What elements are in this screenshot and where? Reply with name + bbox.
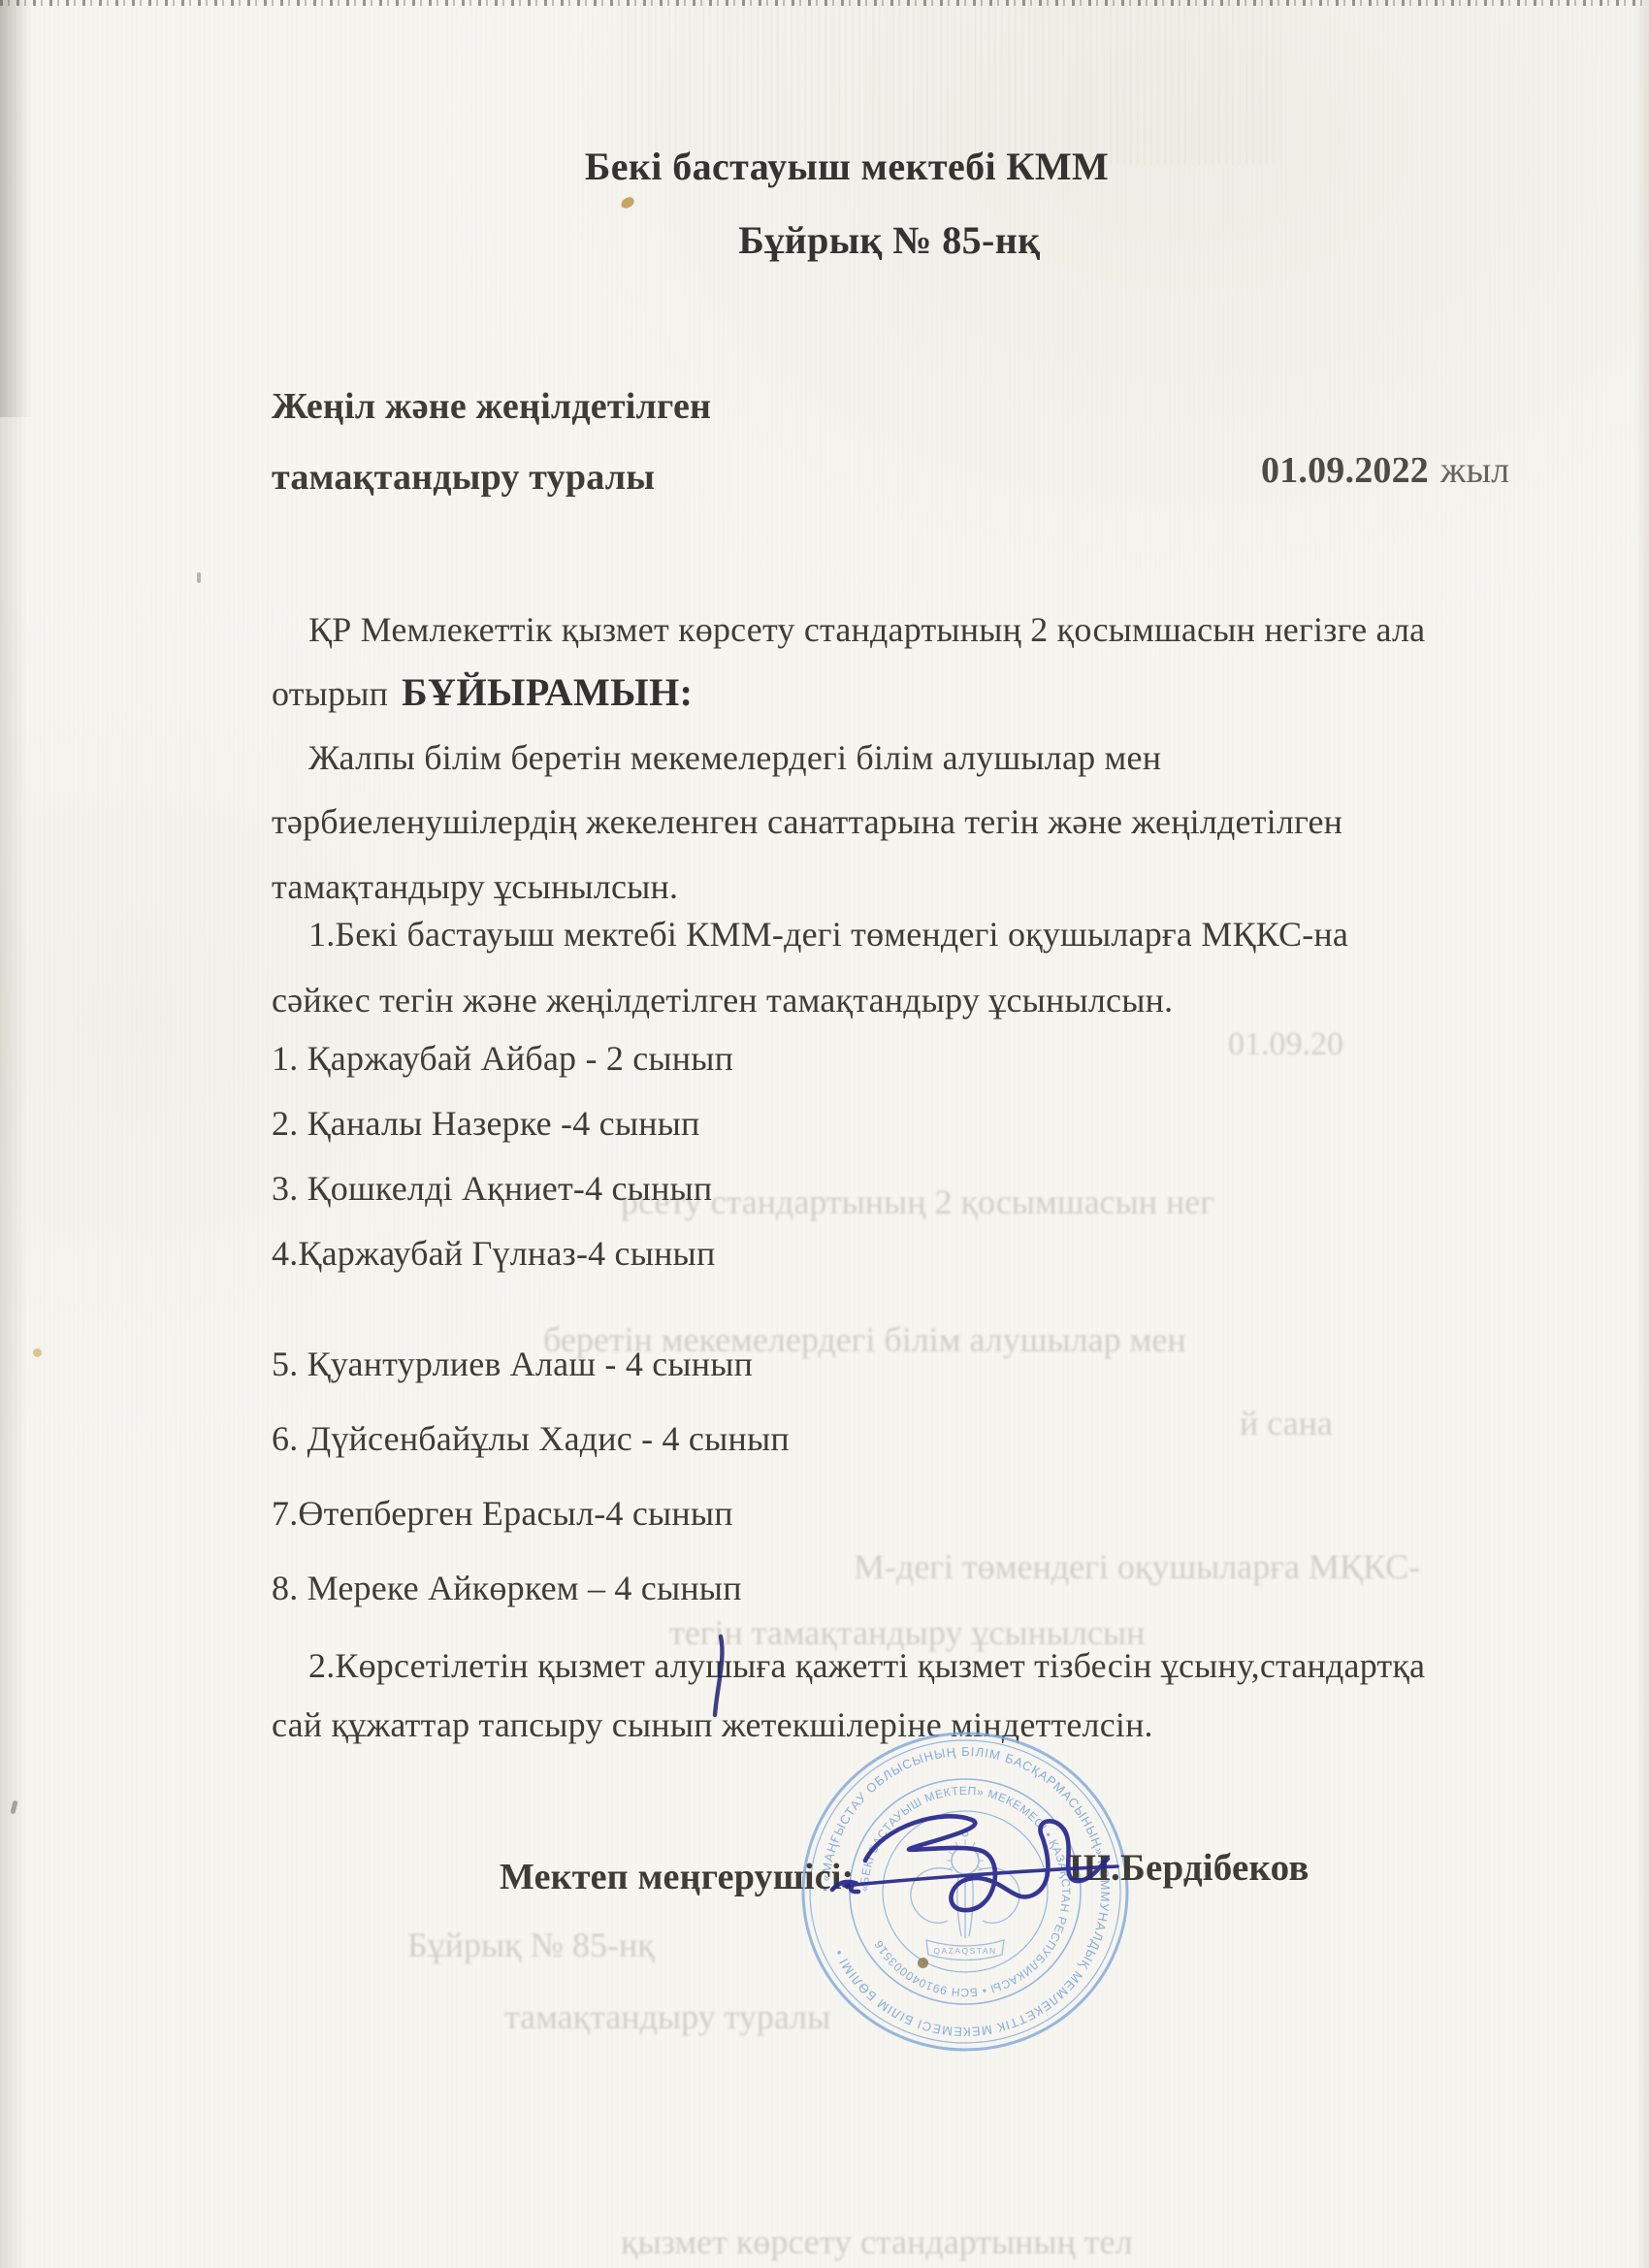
point1-line-2: сәйкес тегін және жеңілдетілген тамақтан…: [272, 980, 1173, 1021]
paper-speck: [33, 1348, 42, 1357]
signature-label: Мектеп меңгерушісі:: [500, 1856, 854, 1898]
scan-artifact-streaks: [621, 0, 1280, 165]
point1-line-1: 1.Бекі бастауыш мектебі КММ-дегі төменде…: [308, 914, 1348, 955]
student-list-item: 7.Өтепберген Ерасыл-4 сынып: [272, 1493, 733, 1534]
student-list-item: 1. Қаржаубай Айбар - 2 сынып: [272, 1038, 733, 1079]
student-list-item: 3. Қошкелді Ақниет-4 сынып: [272, 1168, 712, 1209]
student-list-item: 5. Қуантурлиев Алаш - 4 сынып: [272, 1344, 753, 1384]
signature-ink: [815, 1766, 1135, 1950]
order-command: БҰЙЫРАМЫН:: [402, 670, 693, 714]
scanned-document-page: 01.09.20 рсету стандартының 2 қосымшасын…: [0, 0, 1649, 2268]
preamble-prefix: отырып: [272, 674, 388, 713]
scan-artifact-left-edge: [0, 0, 33, 417]
provision-line-1: Жалпы білім беретін мекемелердегі білім …: [308, 737, 1161, 778]
bleed-through-text: М-дегі төмендегі оқушыларға МҚКС-: [854, 1546, 1420, 1587]
bleed-through-text: Бұйрық № 85-нқ: [407, 1925, 655, 1965]
student-list-item: 8. Мереке Айкөркем – 4 сынып: [272, 1568, 742, 1608]
preamble-line-1: ҚР Мемлекеттік қызмет көрсету стандартын…: [308, 609, 1425, 650]
student-list-item: 4.Қаржаубай Гүлназ-4 сынып: [272, 1233, 715, 1274]
student-list-item: 6. Дүйсенбайұлы Хадис - 4 сынып: [272, 1418, 790, 1459]
pen-mark: [703, 1630, 742, 1722]
bleed-through-text: й сана: [1240, 1403, 1333, 1443]
point2-line-1: 2.Көрсетілетін қызмет алушыға қажетті қы…: [308, 1645, 1425, 1686]
order-title: Бекі бастауыш мектебі КММ: [585, 144, 1109, 189]
paper-speck: [918, 1958, 928, 1968]
bleed-through-text: тамақтандыру туралы: [504, 1996, 830, 2037]
subject-line-2: тамақтандыру туралы: [272, 456, 655, 499]
preamble-line-2: отырыпБҰЙЫРАМЫН:: [272, 669, 694, 715]
order-number: Бұйрық № 85-нқ: [738, 217, 1040, 263]
bleed-through-text: 01.09.20: [1228, 1026, 1343, 1063]
subject-line-1: Жеңіл және жеңілдетілген: [272, 385, 711, 428]
order-date: 01.09.2022жыл: [1261, 449, 1509, 492]
order-date-word: жыл: [1440, 450, 1509, 491]
student-list-item: 2. Қаналы Назерке -4 сынып: [272, 1103, 700, 1144]
paper-speck: [620, 196, 636, 211]
provision-line-2: тәрбиеленушілердің жекеленген санаттарын…: [272, 801, 1342, 842]
order-date-value: 01.09.2022: [1261, 450, 1429, 491]
bleed-through-text: қызмет көрсету стандартының тел: [621, 2221, 1133, 2262]
paper-speck: [197, 572, 201, 583]
provision-line-3: тамақтандыру ұсынылсын.: [272, 866, 678, 907]
scan-artifact-right-edge: [1635, 0, 1649, 2268]
